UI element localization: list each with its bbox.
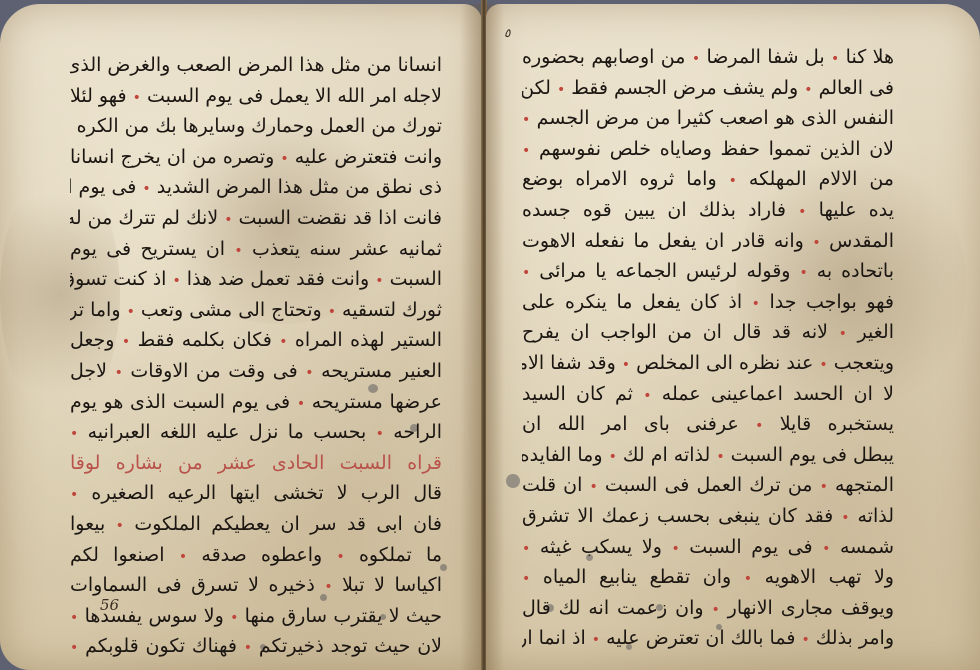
text-line: فانت اذا قد نقضت السبت • لانك لم تترك من… — [70, 203, 442, 234]
punctuation-dot: • — [801, 632, 809, 648]
punctuation-dot: • — [522, 265, 530, 281]
punctuation-dot: • — [70, 640, 78, 656]
text-line: قال الرب لا تخشى ايتها الرعيه الصغيره • — [70, 478, 442, 509]
text-line: لان حيث توجد ذخيرتكم • فهناك تكون قلوبكم… — [70, 631, 442, 662]
punctuation-dot: • — [711, 602, 719, 618]
punctuation-dot: • — [522, 541, 530, 557]
text-line: وانت فتعترض عليه • وتصره من ان يخرج انسا… — [70, 142, 442, 173]
punctuation-dot: • — [376, 426, 384, 442]
text-line: اكياسا لا تبلا • ذخيره لا تسرق فى السماو… — [70, 570, 442, 601]
punctuation-dot: • — [336, 549, 344, 565]
punctuation-dot: • — [671, 541, 679, 557]
punctuation-dot: • — [643, 388, 651, 404]
text-line: ذى نطق من مثل هذا المرض الشديد • فى يوم … — [70, 172, 442, 203]
punctuation-dot: • — [70, 487, 78, 503]
punctuation-dot: • — [305, 365, 313, 381]
text-line: لا ان الحسد اعماعينى عمله • ثم كان السيد — [522, 379, 894, 410]
punctuation-dot: • — [244, 640, 252, 656]
punctuation-dot: • — [297, 396, 305, 412]
punctuation-dot: • — [70, 120, 71, 136]
punctuation-dot: • — [831, 51, 839, 67]
punctuation-dot: • — [752, 296, 760, 312]
punctuation-dot: • — [375, 273, 383, 289]
text-line: الستير لهذه المراه • فكان بكلمه فقط • وج… — [70, 325, 442, 356]
text-line: المتجهه • من ترك العمل فى السبت • ان قلت — [522, 470, 894, 501]
text-line: لاجله امر الله الا يعمل فى يوم السبت • ف… — [70, 81, 442, 112]
punctuation-dot: • — [70, 610, 78, 626]
text-line: حيث لا يقترب سارق منها • ولا سوس يفسدها … — [70, 601, 442, 632]
punctuation-dot: • — [122, 334, 130, 350]
text-line: يستخبره قايلا • عرفنى باى امر الله ان — [522, 409, 894, 440]
punctuation-dot: • — [799, 265, 807, 281]
punctuation-dot: • — [622, 357, 630, 373]
right-page-text: هلا كنا • بل شفا المرضا • من اوصابهم بحض… — [522, 42, 894, 654]
punctuation-dot: • — [692, 51, 700, 67]
text-line: النفس الذى هو اصعب كثيرا من مرض الجسم • — [522, 103, 894, 134]
punctuation-dot: • — [609, 449, 617, 465]
punctuation-dot: • — [116, 518, 124, 534]
manuscript-spread: انسانا من مثل هذا المرض الصعب والغرض الذ… — [0, 0, 980, 670]
punctuation-dot: • — [234, 243, 242, 259]
ink-spot — [506, 474, 520, 488]
text-line: الغير • لانه قد قال ان من الواجب ان يفرح — [522, 317, 894, 348]
text-line: ولا تهب الاهويه • وان تقطع ينابيع المياه… — [522, 562, 894, 593]
punctuation-dot: • — [755, 418, 763, 434]
punctuation-dot: • — [804, 82, 812, 98]
right-page: ٥ هلا كنا • بل شفا المرضا • من اوصابهم ب… — [486, 4, 980, 670]
punctuation-dot: • — [822, 541, 830, 557]
text-line: المقدس • وانه قادر ان يفعل ما نفعله الاه… — [522, 226, 894, 257]
punctuation-dot: • — [522, 571, 530, 587]
text-line: عرضها مستريحه • فى يوم السبت الذى هو يوم — [70, 387, 442, 418]
punctuation-dot: • — [820, 479, 828, 495]
text-line: لذاته • فقد كان ينبغى بحسب زعمك الا تشرق — [522, 501, 894, 532]
punctuation-dot: • — [115, 365, 123, 381]
punctuation-dot: • — [173, 273, 181, 289]
punctuation-dot: • — [280, 151, 288, 167]
text-line: باتحاده به • وقوله لرئيس الجماعه يا مرائ… — [522, 256, 894, 287]
text-line: السبت • وانت فقد تعمل ضد هذا • اذ كنت تس… — [70, 264, 442, 295]
text-line: ويتعجب • عند نظره الى المخلص • وقد شفا ا… — [522, 348, 894, 379]
text-line: لان الذين تمموا حفظ وصاياه خلص نفوسهم • — [522, 134, 894, 165]
text-line: فى العالم • ولم يشف مرض الجسم فقط • لكن … — [522, 73, 894, 104]
folio-number: 56 — [100, 596, 119, 614]
punctuation-dot: • — [716, 449, 724, 465]
folio-mark: ٥ — [504, 26, 510, 40]
punctuation-dot: • — [522, 143, 530, 159]
punctuation-dot: • — [590, 479, 598, 495]
text-line: الراحه • بحسب ما نزل عليه اللغه العبراني… — [70, 417, 442, 448]
punctuation-dot: • — [279, 334, 287, 350]
text-line: يده عليها • فاراد بذلك ان يبين قوه جسده — [522, 195, 894, 226]
punctuation-dot: • — [729, 173, 737, 189]
punctuation-dot: • — [798, 204, 806, 220]
punctuation-dot: • — [841, 510, 849, 526]
punctuation-dot: • — [592, 632, 600, 648]
rubric-heading: قراه السبت الحادى عشر من بشاره لوقا — [70, 448, 442, 479]
text-line: ويوقف مجارى الانهار • وان زعمت انه لك قا… — [522, 593, 894, 624]
punctuation-dot: • — [230, 610, 238, 626]
text-line: ما تملكوه • واعطوه صدقه • اصنعوا لكم — [70, 540, 442, 571]
punctuation-dot: • — [522, 112, 530, 128]
punctuation-dot: • — [324, 579, 332, 595]
punctuation-dot: • — [142, 181, 150, 197]
punctuation-dot: • — [127, 304, 135, 320]
punctuation-dot: • — [839, 326, 847, 342]
left-page-text: انسانا من مثل هذا المرض الصعب والغرض الذ… — [70, 50, 442, 662]
punctuation-dot: • — [328, 304, 336, 320]
punctuation-dot: • — [224, 212, 232, 228]
punctuation-dot: • — [179, 549, 187, 565]
text-line: وامر بذلك • فما بالك ان تعترض عليه • اذ … — [522, 623, 894, 654]
punctuation-dot: • — [133, 90, 141, 106]
left-page: انسانا من مثل هذا المرض الصعب والغرض الذ… — [0, 4, 482, 670]
text-line: يبطل فى يوم السبت • لذاته ام لك • وما ال… — [522, 440, 894, 471]
punctuation-dot: • — [744, 571, 752, 587]
text-line: تورك من العمل وحمارك وسايرها بك من الكره… — [70, 111, 442, 142]
text-line: انسانا من مثل هذا المرض الصعب والغرض الذ… — [70, 50, 442, 81]
text-line: ثورك لتسقيه • وتحتاج الى مشى وتعب • واما… — [70, 295, 442, 326]
text-line: هلا كنا • بل شفا المرضا • من اوصابهم بحض… — [522, 42, 894, 73]
text-line: ثمانيه عشر سنه يتعذب • ان يستريح فى يوم — [70, 234, 442, 265]
text-line: فهو بواجب جدا • اذ كان يفعل ما ينكره على — [522, 287, 894, 318]
text-line: من الالام المهلكه • واما ثروه الامراه بو… — [522, 164, 894, 195]
text-line: شمسه • فى يوم السبت • ولا يسكب غيثه • — [522, 532, 894, 563]
punctuation-dot: • — [70, 426, 78, 442]
punctuation-dot: • — [557, 82, 565, 98]
text-line: فان ابى قد سر ان يعطيكم الملكوت • بيعوا — [70, 509, 442, 540]
punctuation-dot: • — [812, 235, 820, 251]
text-line: العنير مستريحه • فى وقت من الاوقات • لاج… — [70, 356, 442, 387]
punctuation-dot: • — [819, 357, 827, 373]
